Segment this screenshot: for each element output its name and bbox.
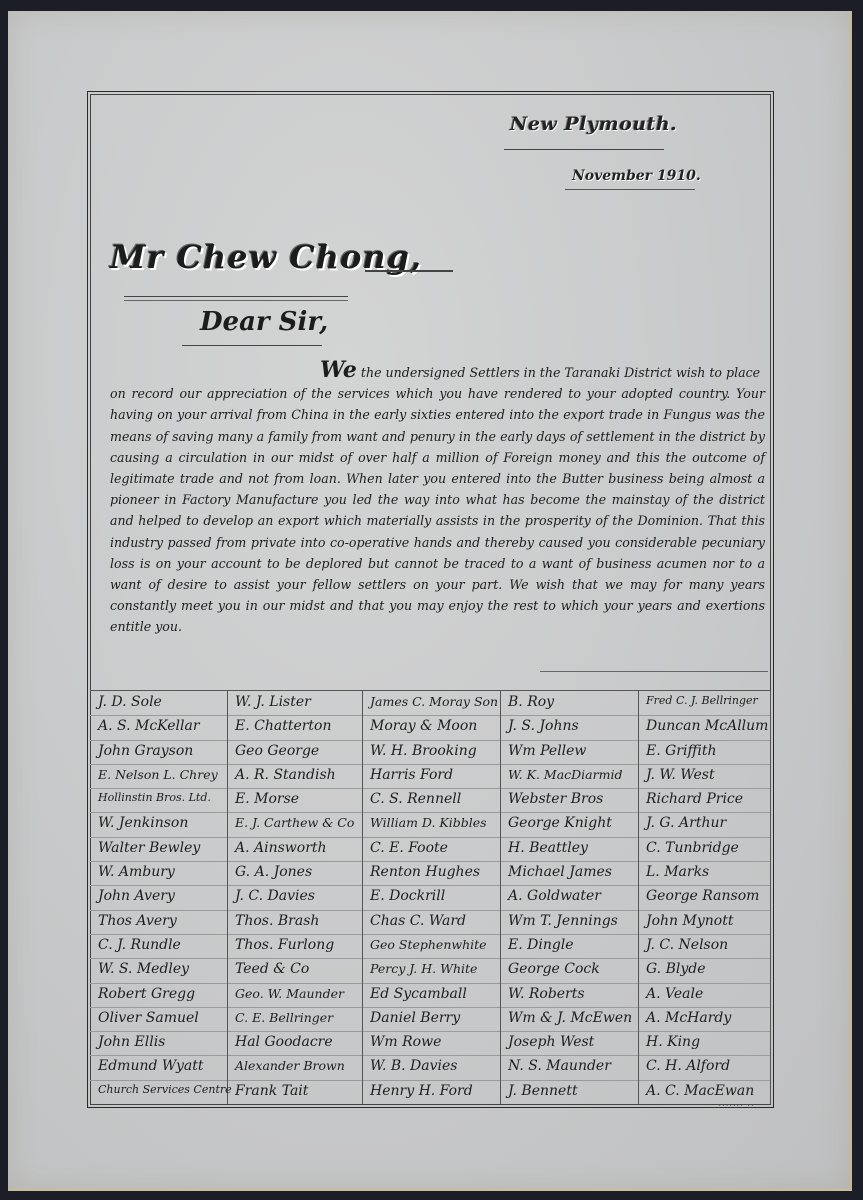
- table-rule: [90, 715, 770, 716]
- column-divider: [500, 691, 501, 1104]
- signature: Edmund Wyatt: [98, 1058, 204, 1074]
- letter-text: on record our appreciation of the servic…: [110, 386, 765, 634]
- signature-table: J. D. SoleA. S. McKellarJohn GraysonE. N…: [90, 690, 770, 1104]
- signature: J. G. Arthur: [646, 815, 726, 831]
- table-rule: [90, 1031, 770, 1032]
- signature: E. Dockrill: [370, 888, 445, 904]
- signature: W. K. MacDiarmid: [508, 767, 622, 782]
- signature: Thos. Brash: [235, 913, 319, 929]
- signature: Wm Rowe: [370, 1034, 441, 1050]
- signature: William D. Kibbles: [370, 815, 487, 830]
- signature: J. Bennett: [508, 1083, 578, 1099]
- table-rule: [90, 837, 770, 838]
- signature: W. J. Lister: [235, 694, 311, 710]
- signature: L. Marks: [646, 864, 709, 880]
- signature: W. H. Brooking: [370, 743, 477, 759]
- table-rule: [90, 1080, 770, 1081]
- signature: H. King: [646, 1034, 700, 1050]
- signature: Wm & J. McEwen: [508, 1010, 632, 1026]
- signature: A. S. McKellar: [98, 718, 200, 734]
- divider: [565, 189, 695, 190]
- signature: G. A. Jones: [235, 864, 312, 880]
- letter-first-line: We the undersigned Settlers in the Taran…: [110, 360, 765, 383]
- signature: A. Ainsworth: [235, 840, 327, 856]
- column-divider: [770, 691, 771, 1104]
- signature: Duncan McAllum: [646, 718, 768, 734]
- divider: [540, 671, 768, 672]
- signature: J. D. Sole: [98, 694, 162, 710]
- signature: C. H. Alford: [646, 1058, 730, 1074]
- column-divider: [362, 691, 363, 1104]
- signature: B. Roy: [508, 694, 554, 710]
- signature: Geo George: [235, 743, 319, 759]
- table-rule: [90, 861, 770, 862]
- signature: Teed & Co: [235, 961, 309, 977]
- signature: Hal Goodacre: [235, 1034, 333, 1050]
- signature: Thos. Furlong: [235, 937, 334, 953]
- signature: W. S. Medley: [98, 961, 189, 977]
- signature: J. W. West: [646, 767, 715, 783]
- date-heading: November 1910.: [572, 168, 701, 184]
- signature: G. Blyde: [646, 961, 706, 977]
- signature: A. R. Standish: [235, 767, 336, 783]
- table-rule: [90, 764, 770, 765]
- table-rule: [90, 740, 770, 741]
- signature: W. Ambury: [98, 864, 175, 880]
- table-rule: [90, 812, 770, 813]
- signature: J. S. Johns: [508, 718, 579, 734]
- signature: John Grayson: [98, 743, 193, 759]
- signature: George Ransom: [646, 888, 759, 904]
- signature: J. C. Davies: [235, 888, 315, 904]
- signature: A. McHardy: [646, 1010, 731, 1026]
- signature: Oliver Samuel: [98, 1010, 199, 1026]
- column-divider: [638, 691, 639, 1104]
- signature: Chas C. Ward: [370, 913, 466, 929]
- signature: Henry H. Ford: [370, 1083, 473, 1099]
- signature: E. Dingle: [508, 937, 574, 953]
- signature: H. Beattley: [508, 840, 588, 856]
- signature: Joseph West: [508, 1034, 594, 1050]
- signature: John Ellis: [98, 1034, 165, 1050]
- signature: Renton Hughes: [370, 864, 480, 880]
- table-rule: [90, 983, 770, 984]
- signature: Hollinstin Bros. Ltd.: [98, 791, 211, 804]
- signature: Daniel Berry: [370, 1010, 460, 1026]
- place-heading: New Plymouth.: [510, 113, 677, 135]
- signature: George Knight: [508, 815, 612, 831]
- drop-cap: We: [320, 357, 357, 383]
- signature: N. S. Maunder: [508, 1058, 611, 1074]
- signature: Geo. W. Maunder: [235, 986, 344, 1001]
- signature: W. Jenkinson: [98, 815, 188, 831]
- signature: W. Roberts: [508, 986, 585, 1002]
- signature: A. C. MacEwan: [646, 1083, 754, 1099]
- signature: Geo Stephenwhite: [370, 937, 487, 952]
- signature: Ed Sycamball: [370, 986, 467, 1002]
- signature: W. B. Davies: [370, 1058, 457, 1074]
- divider: [182, 345, 322, 346]
- divider: [124, 300, 348, 301]
- signature: Harris Ford: [370, 767, 453, 783]
- signature: Church Services Centre: [98, 1083, 227, 1096]
- letter-body: We the undersigned Settlers in the Taran…: [110, 360, 765, 638]
- signature: George Cock: [508, 961, 600, 977]
- signature: James C. Moray Son: [370, 694, 498, 709]
- signature: John Avery: [98, 888, 175, 904]
- signature: Alexander Brown: [235, 1058, 345, 1073]
- signature: C. Tunbridge: [646, 840, 739, 856]
- signature: A. Goldwater: [508, 888, 601, 904]
- signature: E. Chatterton: [235, 718, 332, 734]
- signature: Richard Price: [646, 791, 743, 807]
- signature: E. Morse: [235, 791, 299, 807]
- signature: Webster Bros: [508, 791, 603, 807]
- signature: Wm Pellew: [508, 743, 586, 759]
- table-rule: [90, 885, 770, 886]
- signature: Walter Bewley: [98, 840, 200, 856]
- table-rule: [90, 958, 770, 959]
- table-rule: [90, 910, 770, 911]
- table-rule: [90, 788, 770, 789]
- signature: Thos Avery: [98, 913, 177, 929]
- first-line-text: the undersigned Settlers in the Taranaki…: [357, 365, 760, 380]
- signature: John Mynott: [646, 913, 733, 929]
- signature: Wm T. Jennings: [508, 913, 618, 929]
- signature: J. C. Nelson: [646, 937, 728, 953]
- table-rule: [90, 1007, 770, 1008]
- signature: E. Griffith: [646, 743, 717, 759]
- signature: Percy J. H. White: [370, 961, 477, 976]
- signature: C. S. Rennell: [370, 791, 461, 807]
- table-rule: [90, 934, 770, 935]
- signature: Michael James: [508, 864, 612, 880]
- signature: C. E. Bellringer: [235, 1010, 333, 1025]
- archive-stamp: ....... ..: [718, 1101, 754, 1108]
- signature: E. J. Carthew & Co: [235, 815, 354, 830]
- divider: [124, 296, 348, 297]
- signature: Fred C. J. Bellringer: [646, 694, 758, 707]
- signature: Robert Gregg: [98, 986, 195, 1002]
- signature: Frank Tait: [235, 1083, 308, 1099]
- signature: A. Veale: [646, 986, 703, 1002]
- column-divider: [227, 691, 228, 1104]
- signature: C. J. Rundle: [98, 937, 181, 953]
- table-rule: [90, 1055, 770, 1056]
- signature: E. Nelson L. Chrey: [98, 767, 218, 782]
- signature: C. E. Foote: [370, 840, 448, 856]
- salutation: Dear Sir,: [200, 307, 328, 337]
- divider: [504, 149, 664, 150]
- signature: Moray & Moon: [370, 718, 477, 734]
- divider: [365, 270, 453, 272]
